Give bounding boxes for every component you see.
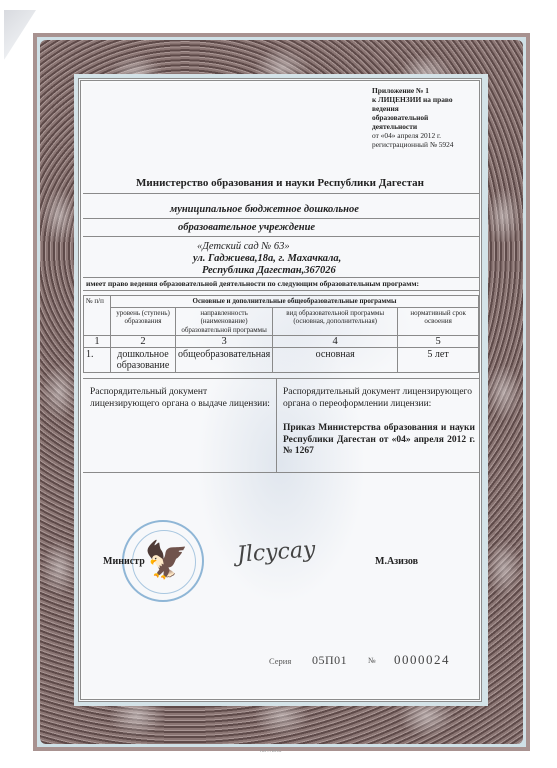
appendix-reg-number: регистрационный № 5924 — [372, 140, 482, 149]
header-type: вид образовательной программы (основная,… — [273, 307, 398, 336]
divider — [83, 218, 479, 219]
signatory-name: М.Азизов — [375, 556, 418, 567]
org-name: «Детский сад № 63» — [197, 241, 290, 252]
column-number: 1 — [84, 336, 111, 348]
coat-of-arms-eagle-icon: 🦅 — [144, 542, 189, 578]
issuance-document-label: Распорядительный документ лицензирующего… — [90, 387, 275, 410]
reissue-document-block: Распорядительный документ лицензирующего… — [283, 387, 475, 458]
col-num-header: № п/п — [84, 296, 111, 336]
header-level: уровень (ступень) образования — [111, 307, 176, 336]
appendix-line: деятельности — [372, 122, 417, 131]
right-statement: имеет право ведения образовательной деят… — [86, 279, 476, 288]
divider — [83, 193, 479, 194]
divider — [83, 277, 479, 278]
group-header: Основные и дополнительные общеобразовате… — [111, 296, 479, 308]
org-type-line1: муниципальное бюджетное дошкольное — [170, 204, 359, 215]
reissue-document-label: Распорядительный документ лицензирующего… — [283, 387, 475, 410]
cell-level: дошкольное образование — [111, 348, 176, 373]
ministry-title: Министерство образования и науки Республ… — [110, 177, 450, 189]
appendix-date: от «04» апреля 2012 г. — [372, 131, 482, 140]
table-group-header-row: № п/п Основные и дополнительные общеобра… — [84, 296, 479, 308]
org-type-line2: образовательное учреждение — [178, 222, 315, 233]
column-number: 3 — [176, 336, 273, 348]
org-address-line2: Республика Дагестан,367026 — [202, 265, 336, 276]
cell-num: 1. — [84, 348, 111, 373]
signatory-position: Министр — [103, 556, 145, 567]
column-number: 4 — [273, 336, 398, 348]
divider — [83, 236, 479, 237]
appendix-title: Приложение № 1 — [372, 86, 429, 95]
column-number: 5 — [398, 336, 479, 348]
scan-corner-artifact — [4, 10, 36, 60]
vertical-divider — [276, 379, 277, 472]
table-row: 1. дошкольное образование общеобразовате… — [84, 348, 479, 373]
cell-type: основная — [273, 348, 398, 373]
table-column-numbers-row: 1 2 3 4 5 — [84, 336, 479, 348]
series-label: Серия — [269, 656, 291, 666]
programs-table: № п/п Основные и дополнительные общеобра… — [83, 295, 479, 373]
printer-code: ЮНТЕКС — [260, 748, 282, 754]
appendix-line: к ЛИЦЕНЗИИ на право — [372, 95, 453, 104]
number-value: 0000024 — [394, 652, 450, 668]
appendix-line: ведения — [372, 104, 399, 113]
appendix-block: Приложение № 1 к ЛИЦЕНЗИИ на право веден… — [372, 86, 482, 149]
column-number: 2 — [111, 336, 176, 348]
cell-direction: общеобразовательная — [176, 348, 273, 373]
header-term: нормативный срок освоения — [398, 307, 479, 336]
series-value: 05П01 — [312, 653, 347, 668]
table-header-row: уровень (ступень) образования направленн… — [84, 307, 479, 336]
license-documents-section: Распорядительный документ лицензирующего… — [83, 378, 479, 473]
org-address-line1: ул. Гаджиева,18а, г. Махачкала, — [193, 253, 341, 264]
header-direction: направленность (наименование) образовате… — [176, 307, 273, 336]
number-label: № — [368, 656, 376, 665]
cell-term: 5 лет — [398, 348, 479, 373]
appendix-line: образовательной — [372, 113, 428, 122]
divider — [83, 290, 479, 291]
reissue-order: Приказ Министерства образования и науки … — [283, 423, 475, 458]
